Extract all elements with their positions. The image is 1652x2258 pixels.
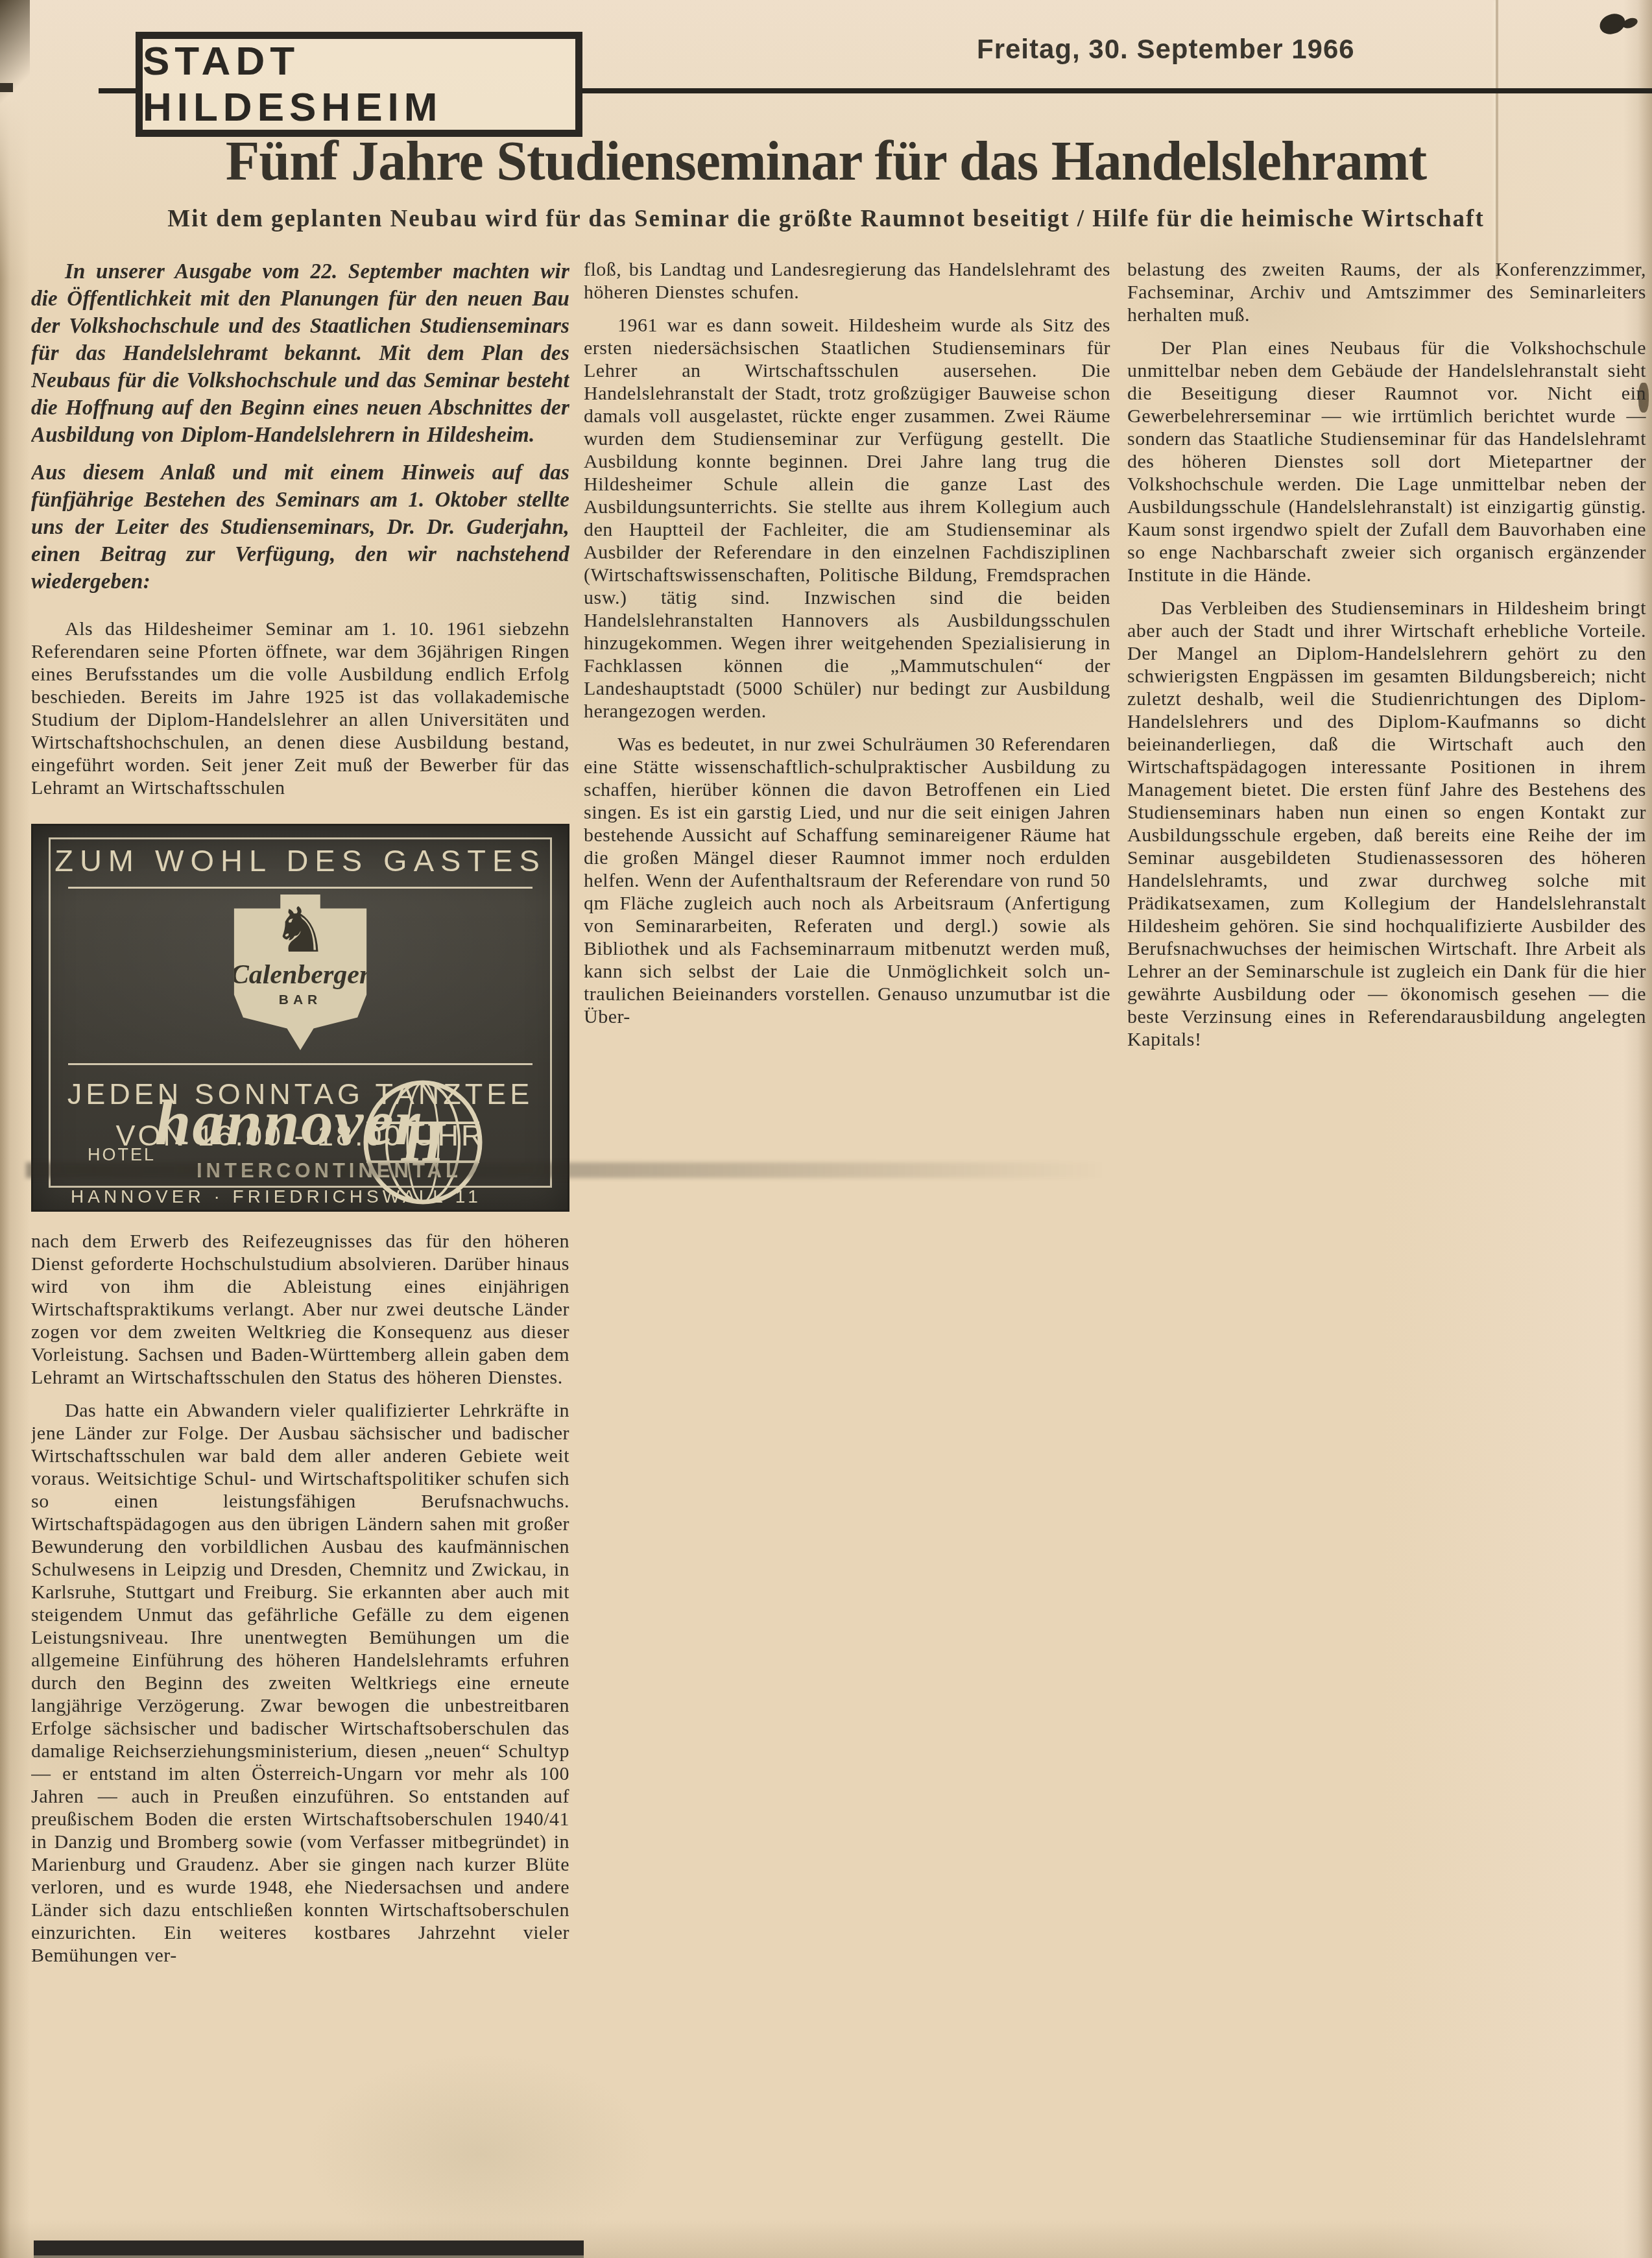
ad-tagline: ZUM WOHL DES GASTES (33, 843, 568, 878)
advertisement-hotel-hannover: ZUM WOHL DES GASTES ♞ Calenberger BAR JE… (31, 824, 569, 1212)
svg-text:H: H (401, 1111, 447, 1173)
horse-emblem-icon: ♞ (272, 901, 328, 960)
newspaper-clipping-page: STADT HILDESHEIM Freitag, 30. September … (0, 0, 1652, 2258)
article-column-2: floß, bis Landtag und Landesregierung da… (584, 258, 1110, 1039)
article-paragraph: In unserer Ausgabe vom 22. September mac… (31, 258, 569, 449)
masthead-rule (582, 88, 1652, 93)
scan-edge-mark (0, 83, 13, 92)
article-paragraph: floß, bis Landtag und Landesregierung da… (584, 258, 1110, 304)
article-column-1: In unserer Ausgabe vom 22. September mac… (31, 258, 569, 2255)
masthead-rule-left-dash (99, 88, 136, 93)
article-paragraph: Das Verbleiben des Studienseminars in Hi… (1127, 597, 1646, 1051)
article-paragraph: Was es bedeutet, in nur zwei Schulräumen… (584, 733, 1110, 1028)
ad-address: HANNOVER · FRIEDRICHSWALL 11 (71, 1186, 482, 1207)
ad-divider (68, 887, 533, 889)
article-paragraph: Das hatte ein Abwandern vieler qualifizi… (31, 1399, 569, 1967)
scan-shadow-top-left (0, 0, 30, 110)
article-paragraph: Als das Hildesheimer Seminar am 1. 10. 1… (31, 618, 569, 799)
ad-divider (68, 1063, 533, 1065)
article-paragraph: 1961 war es dann soweit. Hildesheim wurd… (584, 314, 1110, 723)
article-paragraph: nach dem Erwerb des Reifezeugnisses das … (31, 1230, 569, 1389)
masthead-label: STADT HILDESHEIM (143, 38, 575, 130)
masthead-box: STADT HILDESHEIM (136, 32, 582, 137)
article-paragraph: Aus diesem Anlaß und mit einem Hinweis a… (31, 459, 569, 595)
article-paragraph: Der Plan eines Neubaus für die Volkshoch… (1127, 337, 1646, 586)
cut-off-ad-border (34, 2240, 584, 2258)
crest-bar-label: BAR (279, 992, 322, 1008)
crest-brand-name: Calenberger (231, 961, 370, 989)
ad-hotel-prefix: HOTEL (88, 1145, 156, 1165)
article-column-3: belastung des zweiten Raums, der als Kon… (1127, 258, 1646, 1061)
issue-date: Freitag, 30. September 1966 (977, 34, 1355, 65)
article-paragraph: belastung des zweiten Raums, der als Kon… (1127, 258, 1646, 326)
article-subheadline: Mit dem geplanten Neubau wird für das Se… (0, 205, 1652, 233)
article-headline: Fünf Jahre Studienseminar für das Handel… (0, 128, 1652, 193)
